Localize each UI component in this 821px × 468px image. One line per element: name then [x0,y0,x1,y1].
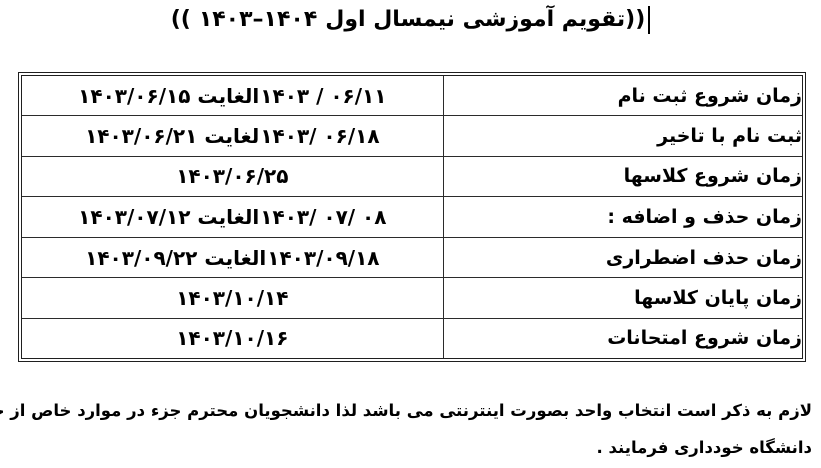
calendar-table: ۱۴۰۳ / ۰۶/۱۱الغایت۱۴۰۳/۰۶/۱۵زمان شروع ثب… [18,72,806,362]
footer-line-1: لازم به ذکر است انتخاب واحد بصورت اینترن… [8,392,812,429]
date-start: ۱۴۰۳/۰۶/۲۵ [176,164,288,188]
date-end: ۱۴۰۳/۰۶/۲۱ [85,124,197,148]
page-title: ((تقویم آموزشی نیمسال اول۱۴۰۳–۱۴۰۴)) [0,6,821,34]
date-end: ۱۴۰۳/۰۹/۲۲ [85,246,197,270]
calendar-table-body: ۱۴۰۳ / ۰۶/۱۱الغایت۱۴۰۳/۰۶/۱۵زمان شروع ثب… [22,76,802,358]
range-connector: لغایت [204,124,259,148]
value-cell: ۱۴۰۳/ ۰۷/ ۰۸الغایت۱۴۰۳/۰۷/۱۲ [22,197,443,238]
table-row: ۱۴۰۳ / ۰۶/۱۱الغایت۱۴۰۳/۰۶/۱۵زمان شروع ثب… [22,76,802,116]
range-connector: الغایت [197,84,259,108]
row-label-cell: زمان حذف و اضافه : [443,197,802,238]
table-row: ۱۴۰۳/ ۰۷/ ۰۸الغایت۱۴۰۳/۰۷/۱۲زمان حذف و ا… [22,197,802,238]
date-end: ۱۴۰۳/۰۷/۱۲ [78,205,190,229]
row-label-cell: زمان شروع کلاسها [443,156,802,197]
value-cell: ۱۴۰۳/۰۹/۱۸الغایت۱۴۰۳/۰۹/۲۲ [22,237,443,278]
date-start: ۱۴۰۳/ ۰۷/ ۰۸ [260,205,386,229]
date-start: ۱۴۰۳/۱۰/۱۶ [176,326,288,350]
page-title-years: ۱۴۰۳–۱۴۰۴ [199,7,317,32]
date-start: ۱۴۰۳/۱۰/۱۴ [176,286,288,310]
value-cell: ۱۴۰۳/۰۶/۲۵ [22,156,443,197]
footer-note: لازم به ذکر است انتخاب واحد بصورت اینترن… [8,392,812,466]
date-start: ۱۴۰۳ / ۰۶/۱۱ [260,84,386,108]
table-row: ۱۴۰۳/۱۰/۱۶زمان شروع امتحانات [22,318,802,358]
row-label-cell: زمان شروع امتحانات [443,318,802,358]
row-label-cell: زمان شروع ثبت نام [443,76,802,116]
page-title-suffix: )) [171,7,191,32]
row-label-cell: ثبت نام با تاخیر [443,116,802,157]
range-connector: الغایت [197,205,259,229]
footer-line-2: دانشگاه خودداری فرمایند . [8,429,812,466]
value-cell: ۱۴۰۳ / ۰۶/۱۱الغایت۱۴۰۳/۰۶/۱۵ [22,76,443,116]
date-end: ۱۴۰۳/۰۶/۱۵ [78,84,190,108]
table-row: ۱۴۰۳/۱۰/۱۴زمان پایان کلاسها [22,278,802,319]
row-label-cell: زمان پایان کلاسها [443,278,802,319]
table-row: ۱۴۰۳/۰۹/۱۸الغایت۱۴۰۳/۰۹/۲۲زمان حذف اضطرا… [22,237,802,278]
range-connector: الغایت [204,246,266,270]
date-start: ۱۴۰۳/۰۹/۱۸ [267,246,379,270]
document-page: { "title": { "prefix": "((تقویم آموزشی ن… [0,0,821,468]
table-row: ۱۴۰۳/۰۶/۲۵زمان شروع کلاسها [22,156,802,197]
table-row: ۱۴۰۳/ ۰۶/۱۸لغایت۱۴۰۳/۰۶/۲۱ثبت نام با تاخ… [22,116,802,157]
value-cell: ۱۴۰۳/۱۰/۱۴ [22,278,443,319]
value-cell: ۱۴۰۳/۱۰/۱۶ [22,318,443,358]
page-title-prefix: ((تقویم آموزشی نیمسال اول [325,7,645,32]
value-cell: ۱۴۰۳/ ۰۶/۱۸لغایت۱۴۰۳/۰۶/۲۱ [22,116,443,157]
row-label-cell: زمان حذف اضطراری [443,237,802,278]
date-start: ۱۴۰۳/ ۰۶/۱۸ [260,124,379,148]
text-cursor-icon [648,6,650,34]
